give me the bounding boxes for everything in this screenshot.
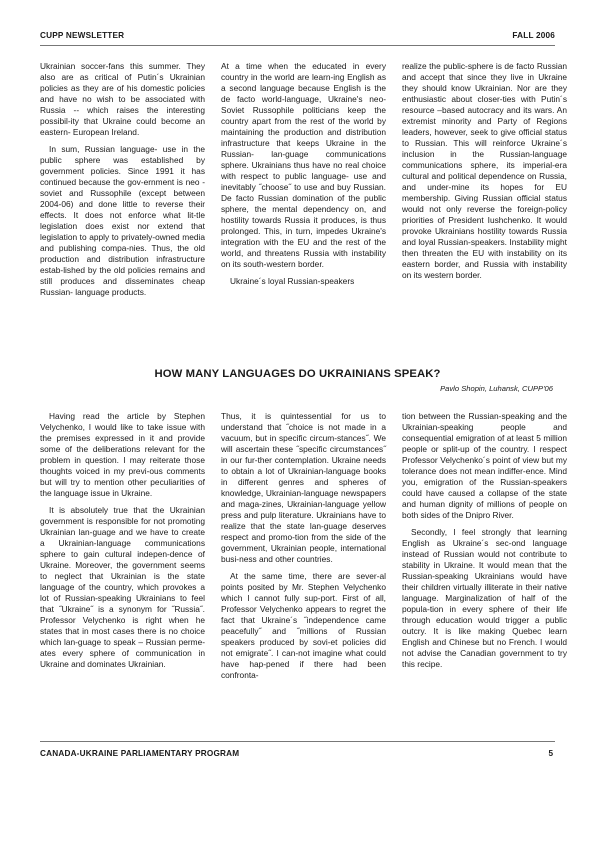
paragraph: Thus, it is quintessential for us to und… bbox=[221, 411, 386, 565]
article-title: HOW MANY LANGUAGES DO UKRAINIANS SPEAK? bbox=[40, 368, 555, 380]
article-byline: Pavlo Shopin, Luhansk, CUPP'06 bbox=[440, 384, 553, 393]
article1-column-3: realize the public-sphere is de facto Ru… bbox=[402, 61, 567, 287]
paragraph: Secondly, I feel strongly that learning … bbox=[402, 527, 567, 670]
paragraph: Having read the article by Stephen Velyc… bbox=[40, 411, 205, 499]
program-name: CANADA-UKRAINE PARLIAMENTARY PROGRAM bbox=[40, 749, 239, 758]
paragraph: Ukraine´s loyal Russian-speakers bbox=[221, 276, 386, 287]
article2-column-3: tion between the Russian-speaking and th… bbox=[402, 411, 567, 675]
article2-column-1: Having read the article by Stephen Velyc… bbox=[40, 411, 205, 675]
article1-column-2: At a time when the educated in every cou… bbox=[221, 61, 386, 292]
article1-column-1: Ukrainian soccer-fans this summer. They … bbox=[40, 61, 205, 303]
paragraph: At the same time, there are sever-al poi… bbox=[221, 571, 386, 681]
page-number: 5 bbox=[548, 749, 553, 758]
paragraph: realize the public-sphere is de facto Ru… bbox=[402, 61, 567, 281]
paragraph: It is absolutely true that the Ukrainian… bbox=[40, 505, 205, 670]
newsletter-name: CUPP NEWSLETTER bbox=[40, 31, 124, 40]
running-header: CUPP NEWSLETTER FALL 2006 bbox=[40, 29, 555, 43]
header-divider bbox=[40, 45, 555, 46]
issue-date: FALL 2006 bbox=[512, 31, 555, 40]
paragraph: At a time when the educated in every cou… bbox=[221, 61, 386, 270]
running-footer: CANADA-UKRAINE PARLIAMENTARY PROGRAM 5 bbox=[40, 747, 555, 761]
paragraph: Ukrainian soccer-fans this summer. They … bbox=[40, 61, 205, 138]
paragraph: tion between the Russian-speaking and th… bbox=[402, 411, 567, 521]
footer-divider bbox=[40, 741, 555, 742]
paragraph: In sum, Russian language- use in the pub… bbox=[40, 144, 205, 298]
article2-column-2: Thus, it is quintessential for us to und… bbox=[221, 411, 386, 686]
